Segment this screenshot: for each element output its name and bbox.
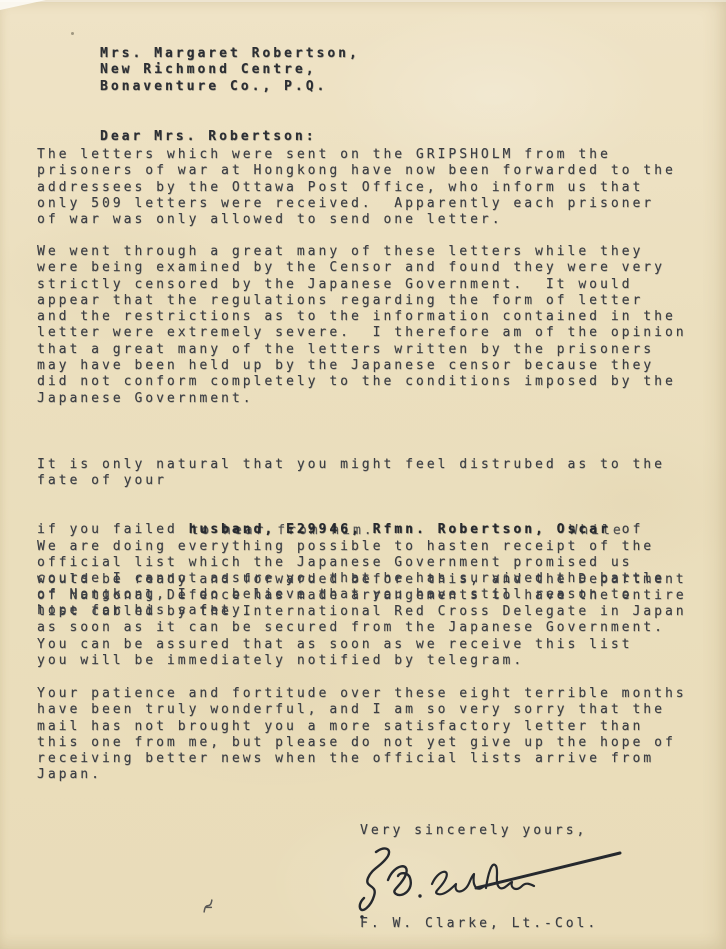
paragraph-5: Your patience and fortitude over these e… [37,686,687,784]
paragraph-3-top: It is only natural that you might feel d… [37,457,665,490]
overstrike-over-text: husband, E29946, Rfmn. Robertson, Oscar [189,522,611,537]
typed-signature: F. W. Clarke, Lt.-Col. [360,916,598,932]
ink-scribble-artifact [197,894,219,917]
signature [336,844,636,922]
overstrike-prefix: if you failed [37,522,189,537]
letter-page: Mrs. Margaret Robertson, New Richmond Ce… [0,0,726,949]
paragraph-1: The letters which were sent on the GRIPS… [37,147,676,228]
paragraph-4: We are doing everything possible to hast… [37,539,687,669]
overstrike-line: if you failed to hear from him. Whilehus… [37,522,665,538]
recipient-address: Mrs. Margaret Robertson, New Richmond Ce… [100,46,360,95]
closing: Very sincerely yours, [360,823,587,839]
salutation: Dear Mrs. Robertson: [100,129,317,145]
ink-speck-artifact [71,32,74,35]
overstrike-stack: to hear from him. Whilehusband, E29946, … [189,522,611,538]
scan-top-edge-artifact [0,0,726,2]
paragraph-2: We went through a great many of these le… [37,244,687,407]
